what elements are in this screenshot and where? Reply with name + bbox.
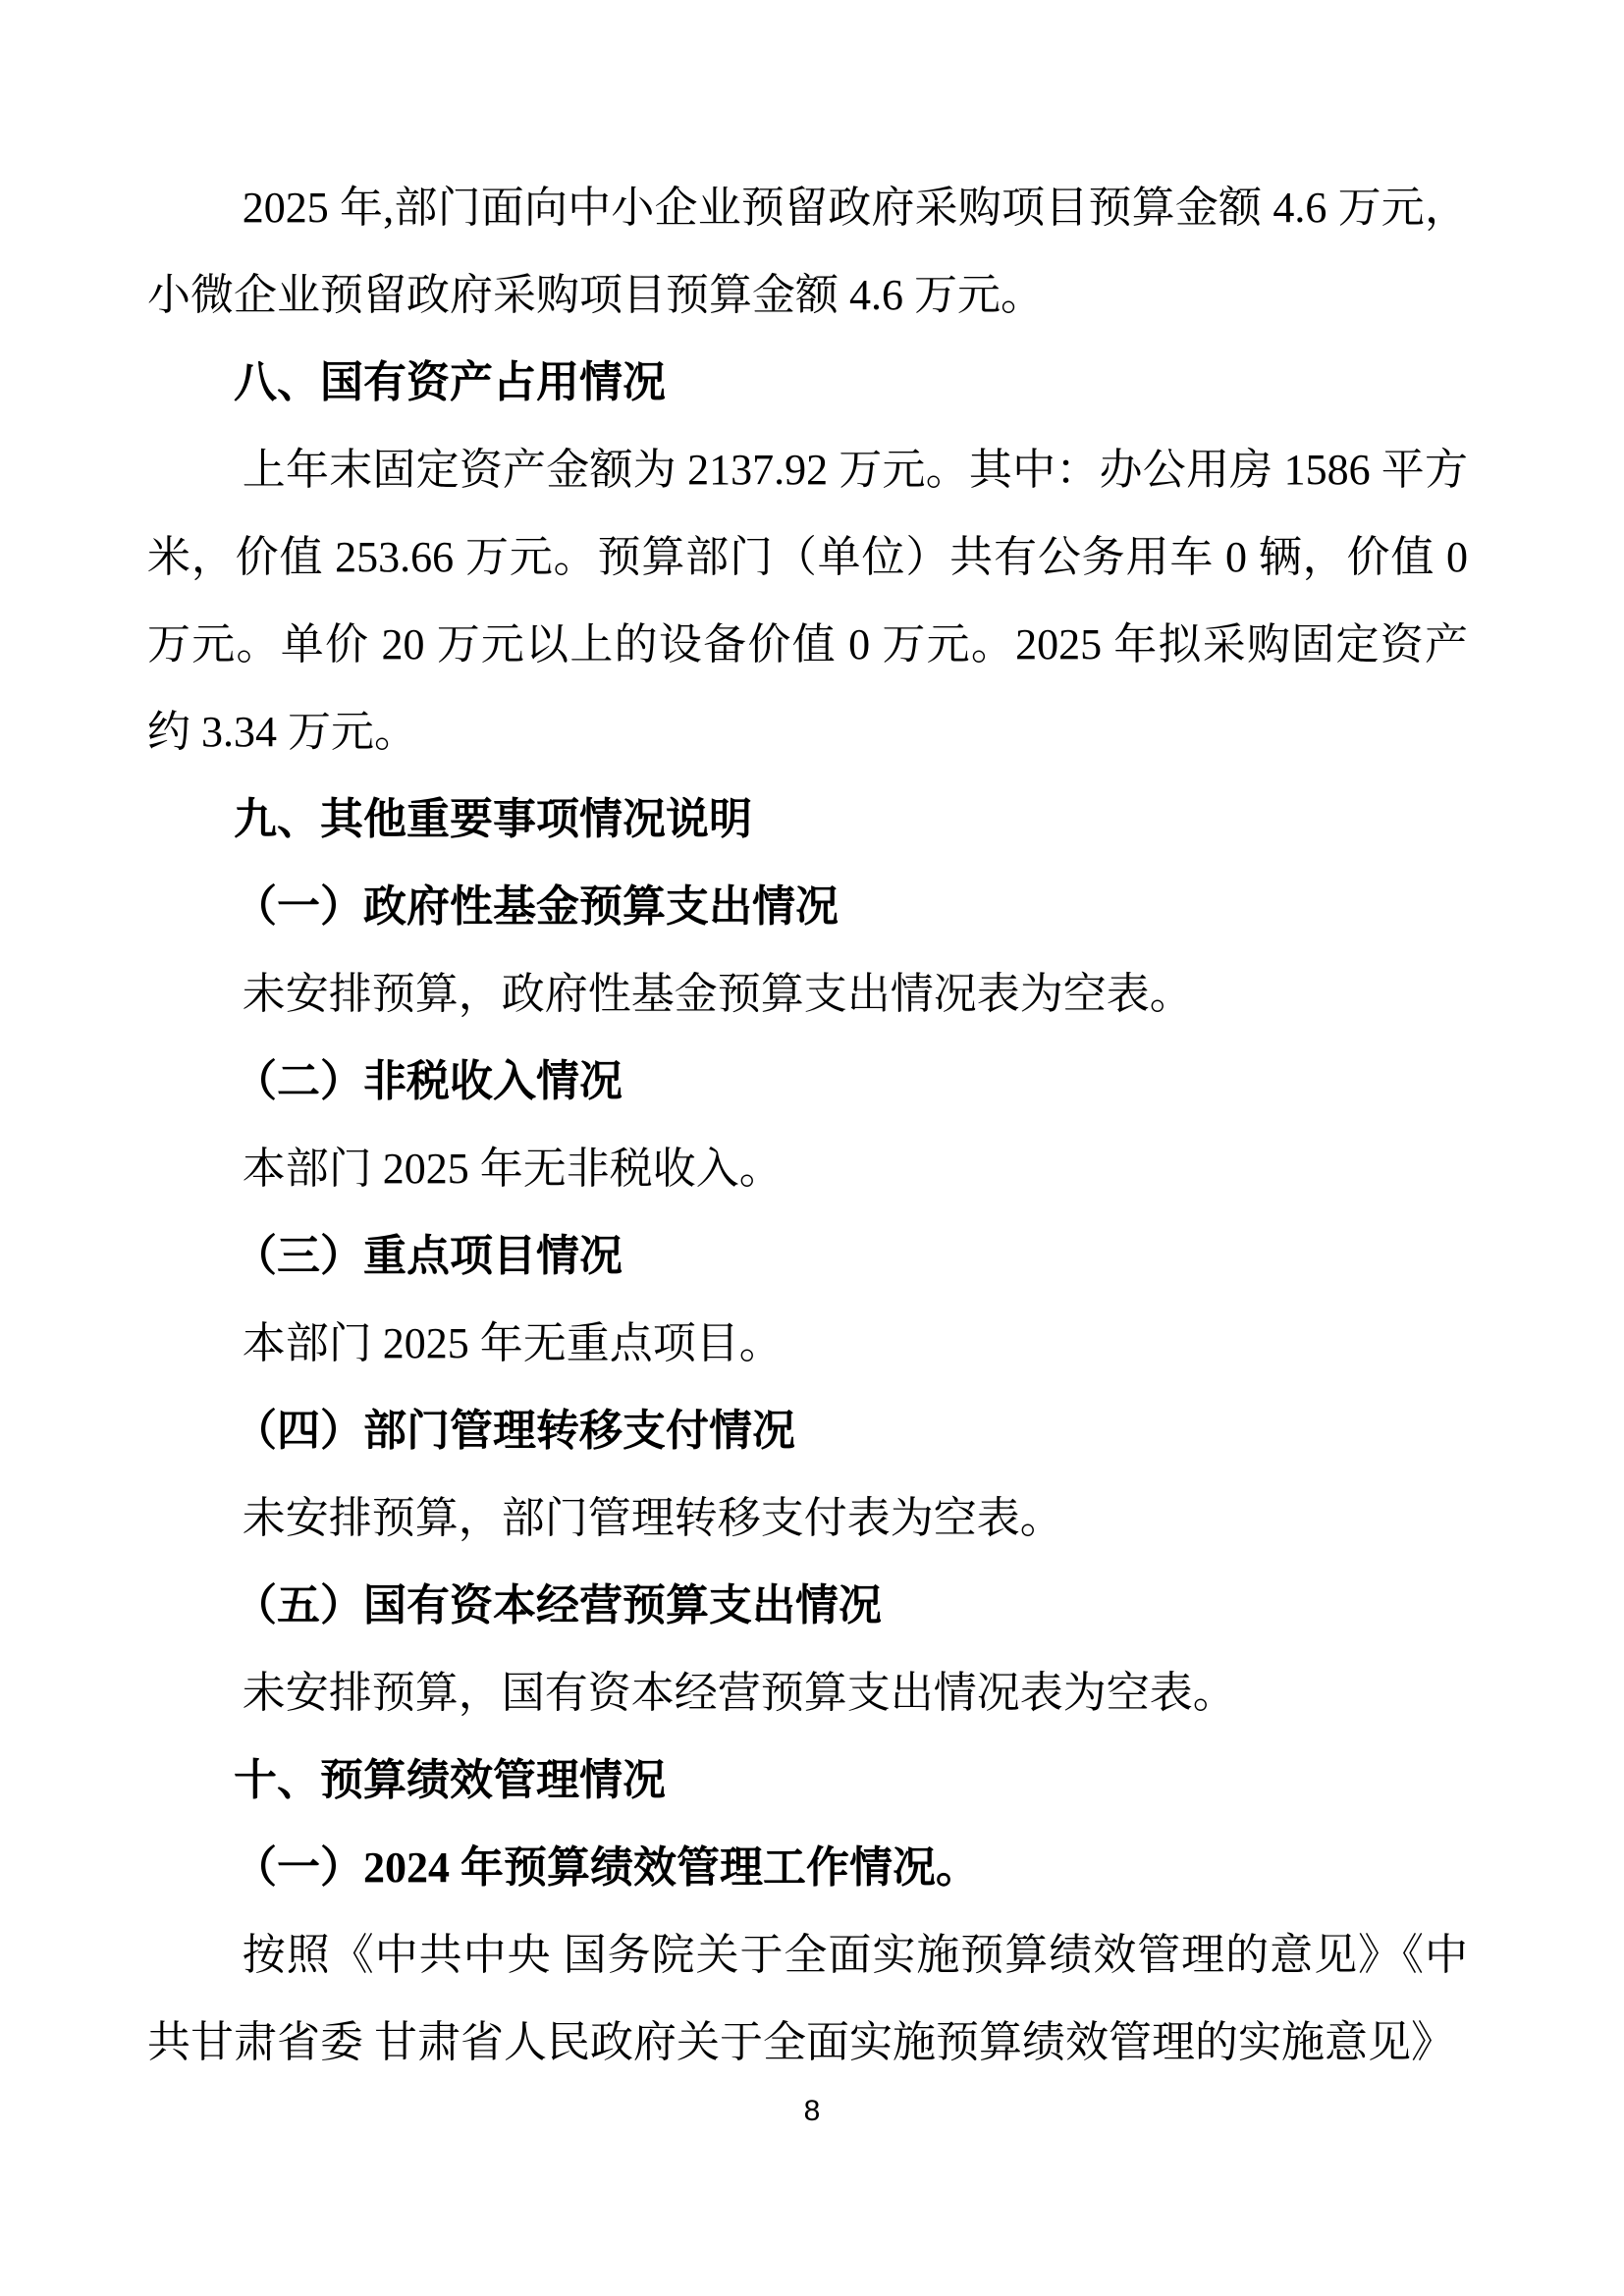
document-body: 2025 年,部门面向中小企业预留政府采购项目预算金额 4.6 万元，小微企业预… <box>147 164 1468 2086</box>
body-paragraph: 2025 年,部门面向中小企业预留政府采购项目预算金额 4.6 万元，小微企业预… <box>147 164 1468 339</box>
section-heading: 九、其他重要事项情况说明 <box>147 775 1468 863</box>
body-paragraph: 本部门 2025 年无重点项目。 <box>147 1300 1468 1387</box>
body-paragraph: 本部门 2025 年无非税收入。 <box>147 1125 1468 1212</box>
sub-heading: （五）国有资本经营预算支出情况 <box>147 1562 1468 1649</box>
sub-heading: （一）2024 年预算绩效管理工作情况。 <box>147 1824 1468 1911</box>
section-heading: 八、国有资产占用情况 <box>147 339 1468 426</box>
section-heading: 十、预算绩效管理情况 <box>147 1736 1468 1824</box>
body-paragraph: 未安排预算，政府性基金预算支出情况表为空表。 <box>147 950 1468 1038</box>
sub-heading: （三）重点项目情况 <box>147 1212 1468 1300</box>
page-number: 8 <box>804 2095 821 2127</box>
body-paragraph: 未安排预算，部门管理转移支付表为空表。 <box>147 1474 1468 1562</box>
page-footer: 8 <box>0 2095 1624 2128</box>
body-paragraph: 未安排预算，国有资本经营预算支出情况表为空表。 <box>147 1649 1468 1736</box>
body-paragraph: 上年末固定资产金额为 2137.92 万元。其中：办公用房 1586 平方米，价… <box>147 426 1468 775</box>
body-paragraph: 按照《中共中央 国务院关于全面实施预算绩效管理的意见》《中共甘肃省委 甘肃省人民… <box>147 1911 1468 2086</box>
sub-heading: （四）部门管理转移支付情况 <box>147 1387 1468 1474</box>
sub-heading: （二）非税收入情况 <box>147 1038 1468 1125</box>
sub-heading: （一）政府性基金预算支出情况 <box>147 863 1468 950</box>
document-page: 2025 年,部门面向中小企业预留政府采购项目预算金额 4.6 万元，小微企业预… <box>0 0 1624 2296</box>
